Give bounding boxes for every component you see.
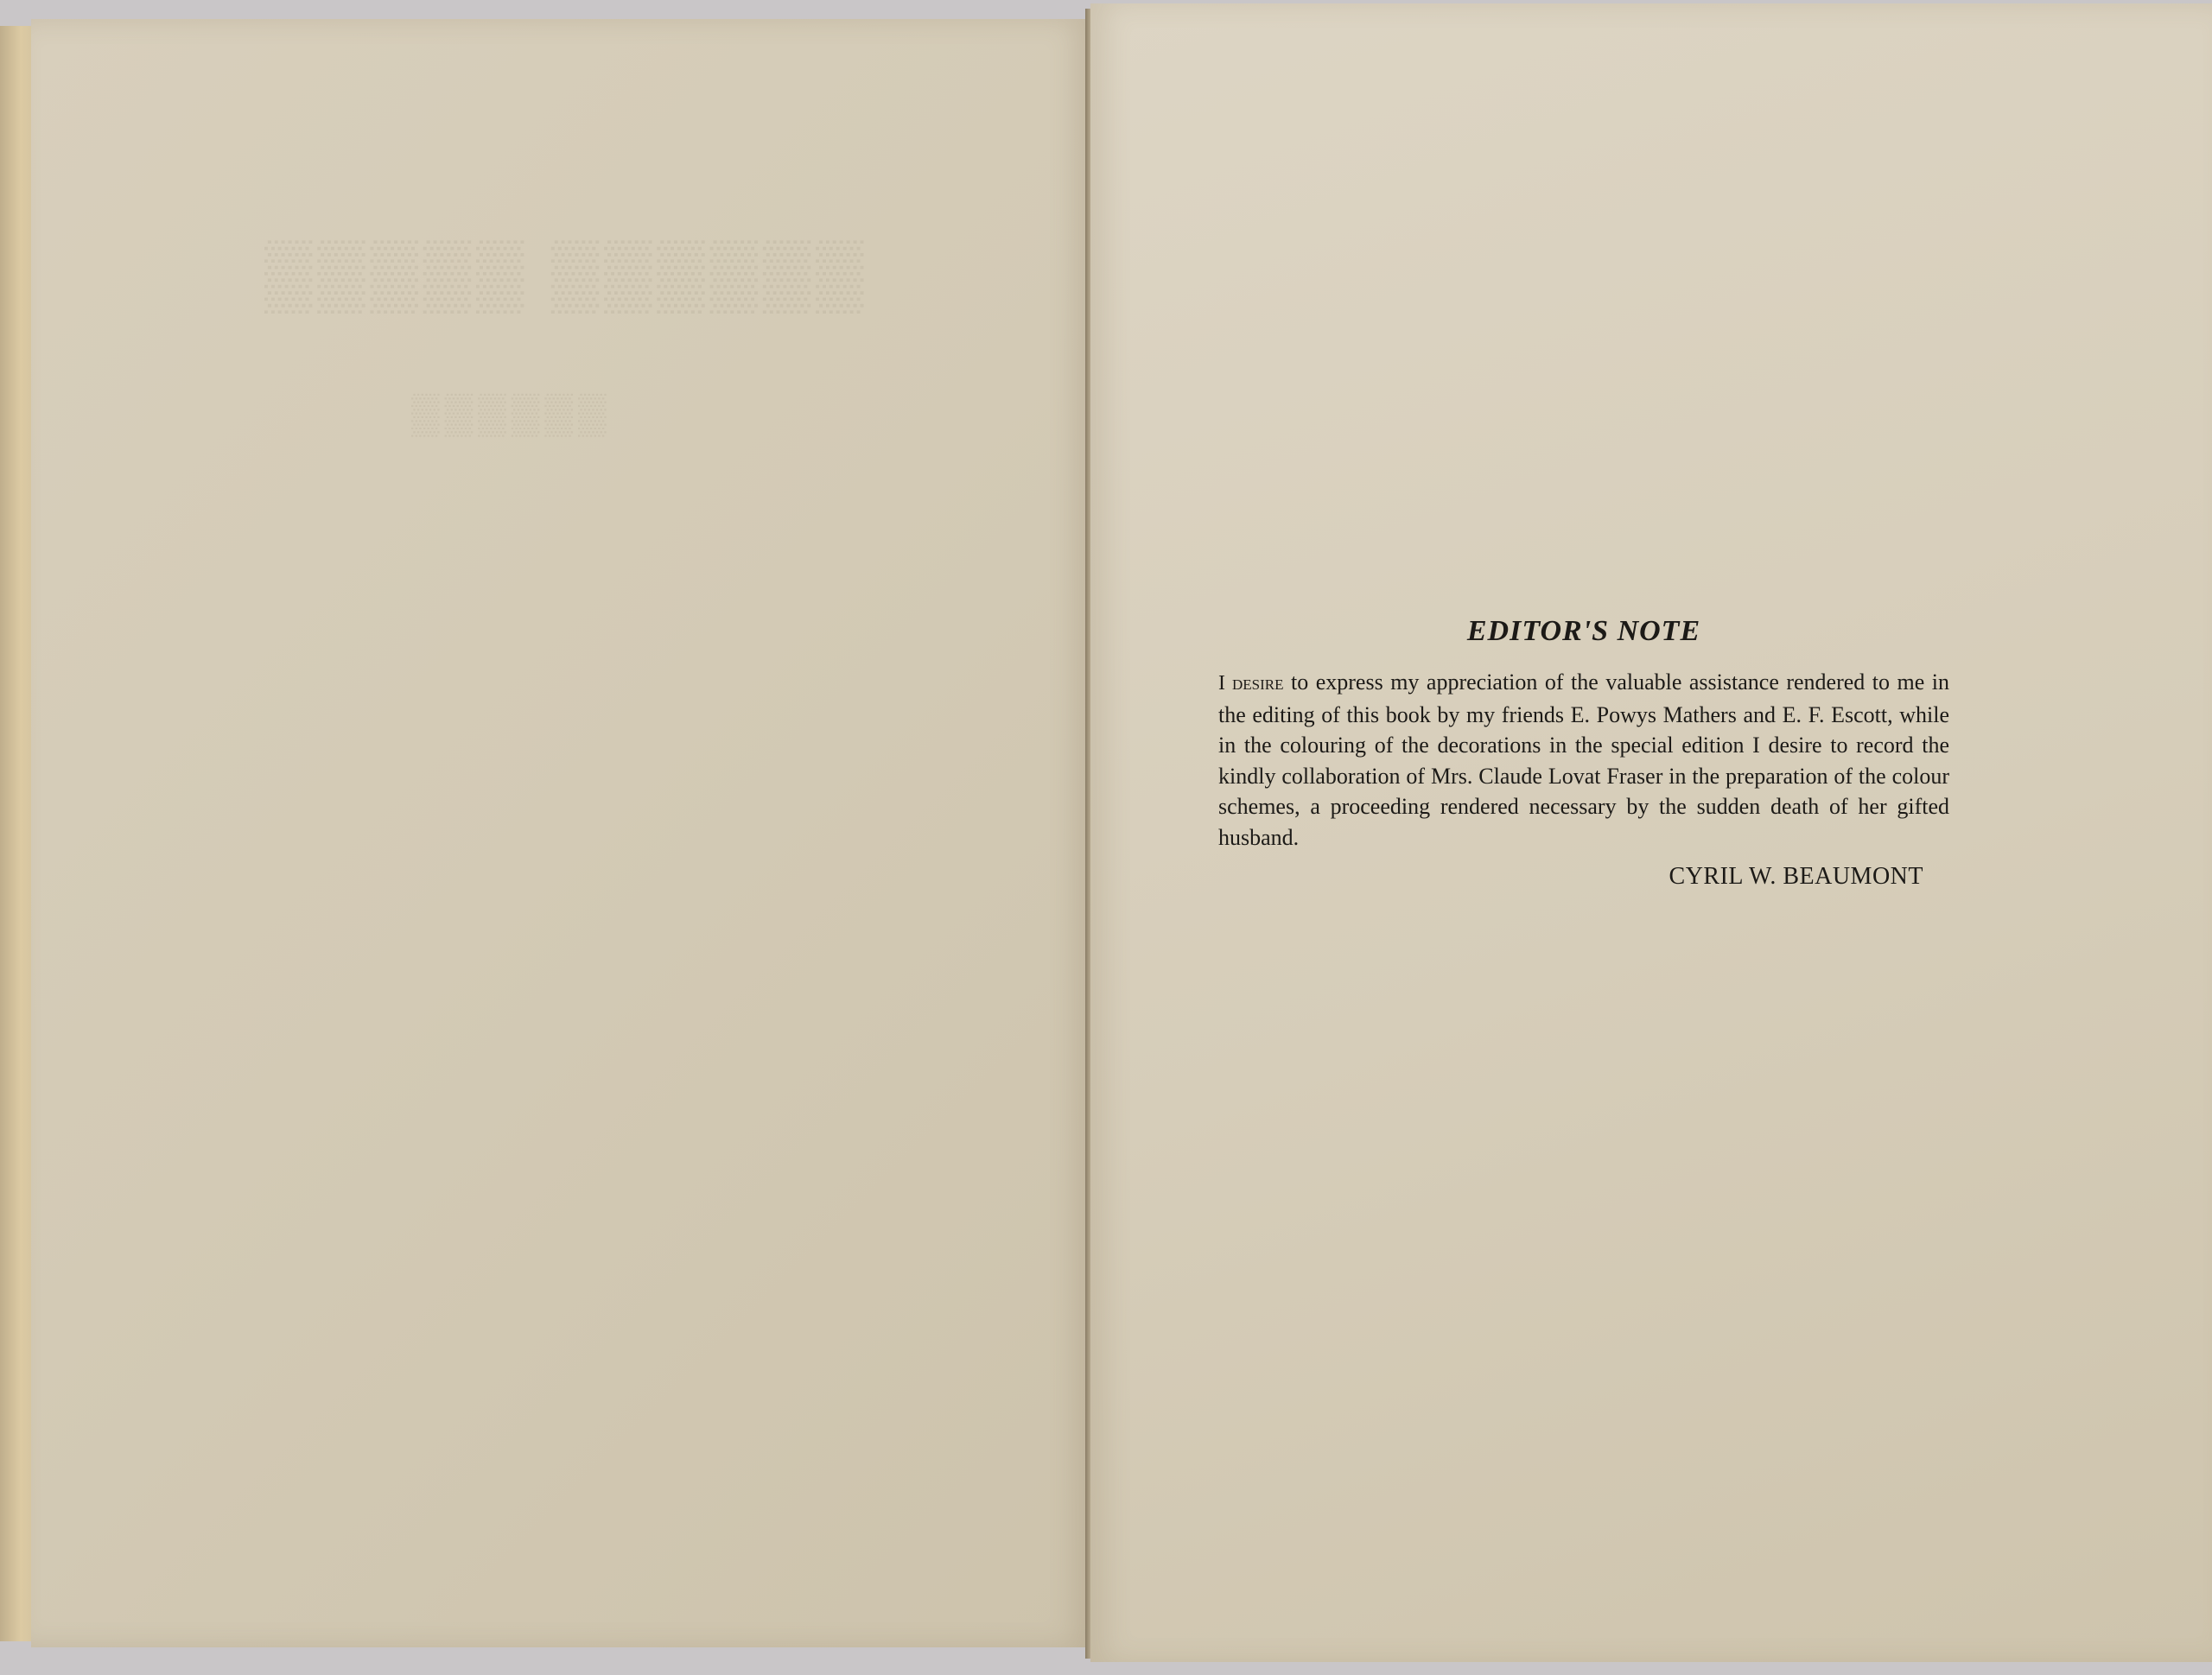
show-through-subtitle: ▒▒▒▒▒▒	[411, 390, 612, 436]
note-lead: I desire	[1218, 672, 1284, 695]
note-signature: CYRIL W. BEAUMONT	[1218, 863, 1949, 891]
show-through-title: ▒▒▒▒▒ ▒▒▒▒▒▒	[264, 235, 868, 313]
book-spread: ▒▒▒▒▒ ▒▒▒▒▒▒ ▒▒▒▒▒▒ EDITOR'S NOTE I desi…	[0, 0, 2212, 1675]
note-text: to express my appreciation of the valuab…	[1218, 669, 1949, 850]
editors-note: EDITOR'S NOTE I desire to express my app…	[1218, 615, 1949, 891]
note-heading: EDITOR'S NOTE	[1218, 615, 1949, 648]
left-page: ▒▒▒▒▒ ▒▒▒▒▒▒ ▒▒▒▒▒▒	[31, 19, 1090, 1647]
note-body: I desire to express my appreciation of t…	[1218, 667, 1949, 853]
